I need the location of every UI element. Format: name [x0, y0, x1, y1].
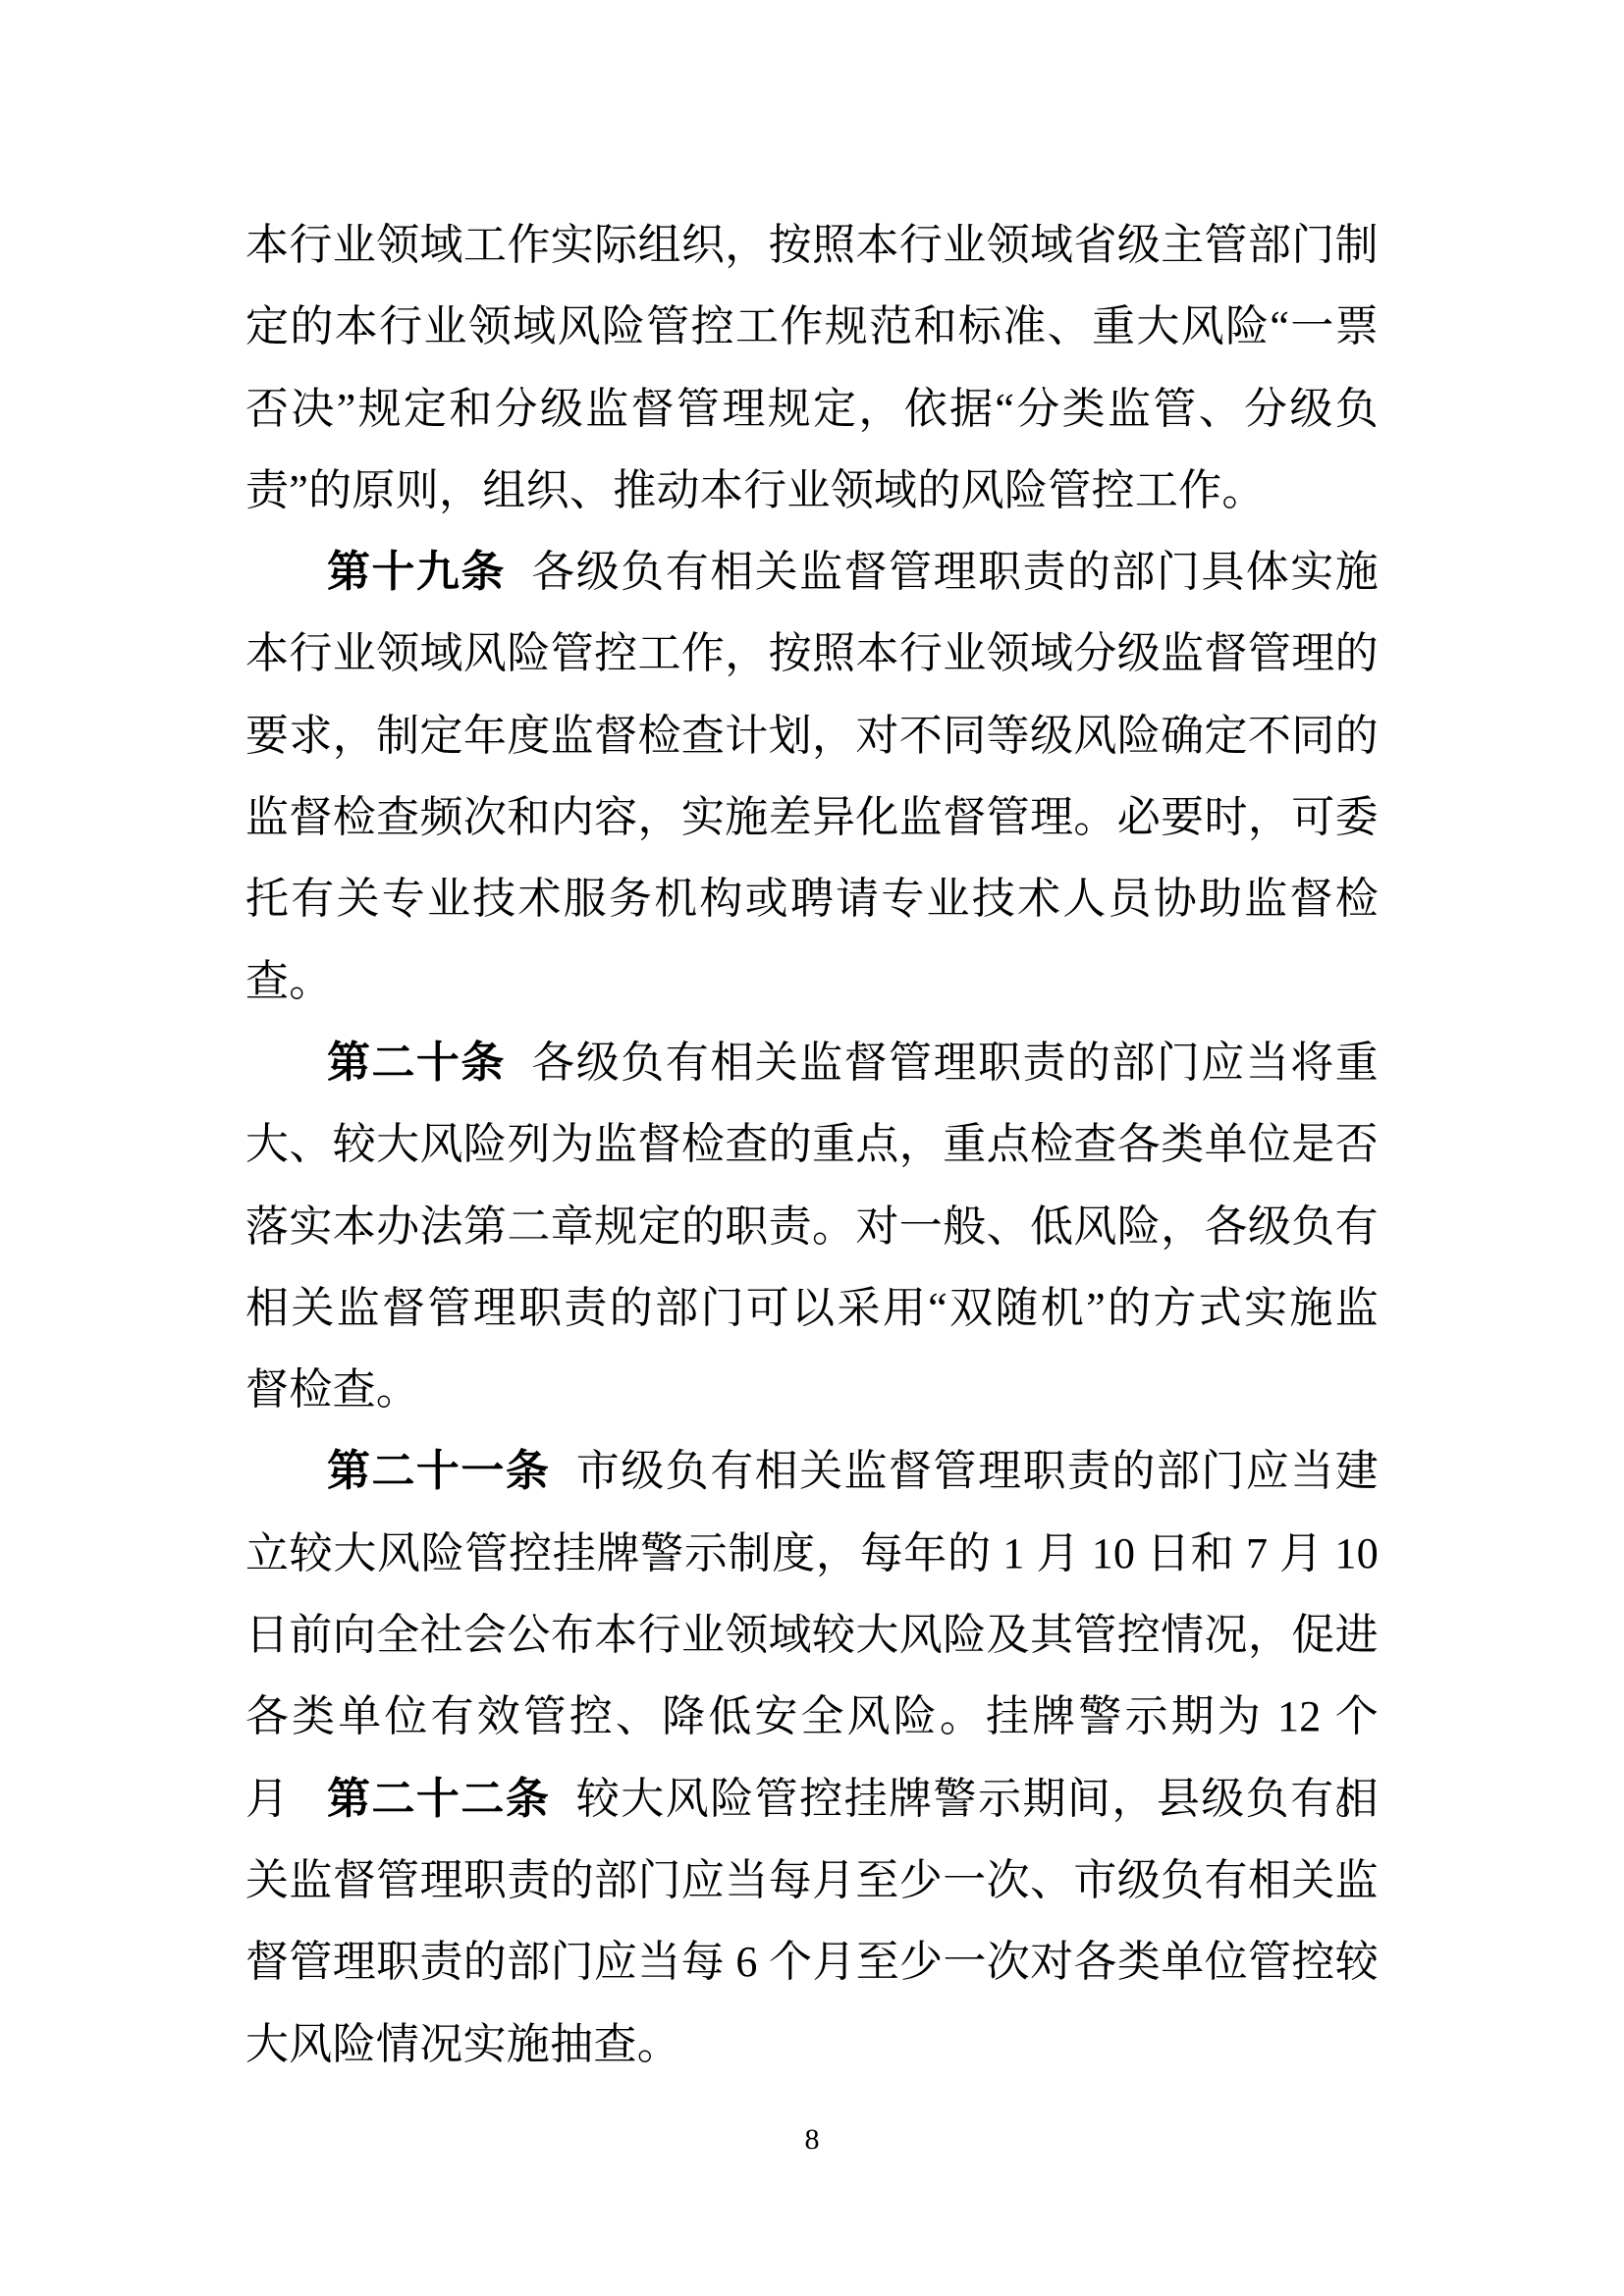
line-text: 大、较大风险列为监督检查的重点，重点检查各类单位是否 [245, 1120, 1379, 1168]
text-line: 第二十条 各级负有相关监督管理职责的部门应当将重 [245, 1022, 1379, 1103]
line-text: 督管理职责的部门应当每 6 个月至少一次对各类单位管控较 [245, 1938, 1379, 1986]
text-line: 第二十二条 较大风险管控挂牌警示期间，县级负有相 [245, 1758, 1379, 1840]
document-page: 本行业领域工作实际组织，按照本行业领域省级主管部门制 定的本行业领域风险管控工作… [0, 0, 1624, 2296]
line-text: 各级负有相关监督管理职责的部门应当将重 [519, 1039, 1379, 1087]
text-line: 督检查。 [245, 1349, 1379, 1430]
text-line: 本行业领域风险管控工作，按照本行业领域分级监督管理的 [245, 613, 1379, 694]
text-line: 大、较大风险列为监督检查的重点，重点检查各类单位是否 [245, 1103, 1379, 1185]
line-text: 相关监督管理职责的部门可以采用“双随机”的方式实施监 [245, 1284, 1379, 1332]
line-text: 否决”规定和分级监督管理规定，依据“分类监管、分级负 [245, 385, 1379, 433]
line-text: 市级负有相关监督管理职责的部门应当建 [564, 1447, 1379, 1495]
line-text: 立较大风险管控挂牌警示制度，每年的 1 月 10 日和 7 月 10 [245, 1529, 1379, 1577]
document-body: 本行业领域工作实际组织，按照本行业领域省级主管部门制 定的本行业领域风险管控工作… [245, 204, 1379, 2085]
line-text: 较大风险管控挂牌警示期间，县级负有相 [564, 1775, 1379, 1823]
article-heading: 第二十二条 [327, 1775, 550, 1823]
text-line: 要求，制定年度监督检查计划，对不同等级风险确定不同的 [245, 695, 1379, 776]
text-line: 相关监督管理职责的部门可以采用“双随机”的方式实施监 [245, 1267, 1379, 1349]
text-line: 监督检查频次和内容，实施差异化监督管理。必要时，可委 [245, 776, 1379, 858]
text-line: 落实本办法第二章规定的职责。对一般、低风险，各级负有 [245, 1186, 1379, 1267]
text-line: 第十九条 各级负有相关监督管理职责的部门具体实施 [245, 531, 1379, 613]
text-line: 托有关专业技术服务机构或聘请专业技术人员协助监督检 [245, 858, 1379, 939]
line-text: 关监督管理职责的部门应当每月至少一次、市级负有相关监 [245, 1856, 1379, 1904]
text-line: 定的本行业领域风险管控工作规范和标准、重大风险“一票 [245, 286, 1379, 367]
line-text: 日前向全社会公布本行业领域较大风险及其管控情况，促进 [245, 1611, 1379, 1659]
text-line: 关监督管理职责的部门应当每月至少一次、市级负有相关监 [245, 1840, 1379, 1921]
article-heading: 第二十一条 [327, 1447, 550, 1495]
text-line: 各类单位有效管控、降低安全风险。挂牌警示期为 12 个月。 [245, 1676, 1379, 1757]
article-heading: 第二十条 [327, 1039, 506, 1087]
text-line: 否决”规定和分级监督管理规定，依据“分类监管、分级负 [245, 368, 1379, 450]
line-text: 责”的原则，组织、推动本行业领域的风险管控工作。 [245, 466, 1266, 514]
line-text: 监督检查频次和内容，实施差异化监督管理。必要时，可委 [245, 793, 1379, 841]
text-line: 大风险情况实施抽查。 [245, 2003, 1379, 2085]
line-text: 本行业领域风险管控工作，按照本行业领域分级监督管理的 [245, 629, 1379, 677]
text-line: 责”的原则，组织、推动本行业领域的风险管控工作。 [245, 450, 1379, 531]
line-text: 督检查。 [245, 1365, 419, 1414]
line-text: 托有关专业技术服务机构或聘请专业技术人员协助监督检 [245, 875, 1379, 923]
line-text: 要求，制定年度监督检查计划，对不同等级风险确定不同的 [245, 712, 1379, 760]
page-number: 8 [0, 2120, 1624, 2160]
line-text: 各级负有相关监督管理职责的部门具体实施 [519, 548, 1379, 596]
line-text: 定的本行业领域风险管控工作规范和标准、重大风险“一票 [245, 302, 1379, 350]
text-line: 查。 [245, 940, 1379, 1022]
text-line: 第二十一条 市级负有相关监督管理职责的部门应当建 [245, 1430, 1379, 1512]
text-line: 督管理职责的部门应当每 6 个月至少一次对各类单位管控较 [245, 1921, 1379, 2002]
text-line: 本行业领域工作实际组织，按照本行业领域省级主管部门制 [245, 204, 1379, 286]
text-line: 日前向全社会公布本行业领域较大风险及其管控情况，促进 [245, 1594, 1379, 1676]
article-heading: 第十九条 [327, 548, 506, 596]
line-text: 本行业领域工作实际组织，按照本行业领域省级主管部门制 [245, 221, 1379, 269]
line-text: 落实本办法第二章规定的职责。对一般、低风险，各级负有 [245, 1202, 1379, 1251]
text-line: 立较大风险管控挂牌警示制度，每年的 1 月 10 日和 7 月 10 [245, 1513, 1379, 1594]
line-text: 大风险情况实施抽查。 [245, 2020, 680, 2068]
line-text: 查。 [245, 957, 333, 1005]
